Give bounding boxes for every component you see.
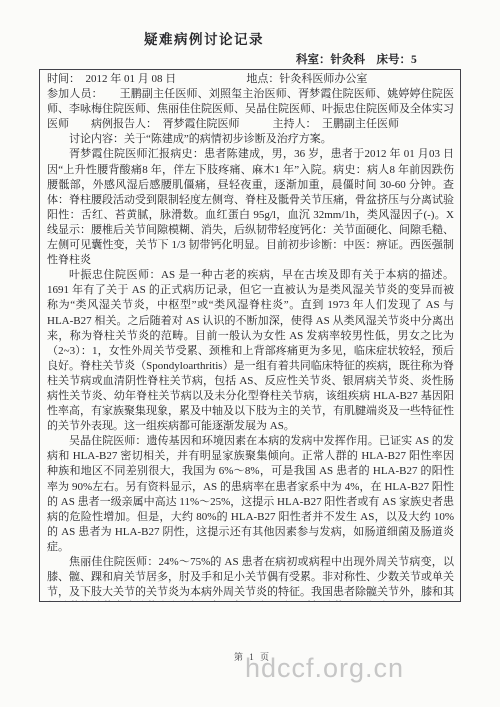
page-title: 疑难病例讨论记录 [144,28,264,48]
document-page: 疑难病例讨论记录 科室：针灸科 床号：5 时间： 2012 年 01 月 08 … [0,0,500,707]
watermark: hdccf.org.cn [245,653,404,684]
record-table: 时间： 2012 年 01 月 08 日 地点：针灸科医师办公室 参加人员： 王… [39,69,461,602]
place-field: 地点：针灸科医师办公室 [246,72,454,87]
discussion-topic-line: 讨论内容：关于“陈建成”的病情初步诊断及治疗方案。 [47,132,454,147]
time-field: 时间： 2012 年 01 月 08 日 [47,72,246,87]
dept-bed-line: 科室：针灸科 床号：5 [296,51,417,67]
speech-jiao-lijia-paragraph: 焦丽佳住院医师：24%～75%的 AS 患者在病初或病程中出现外周关节病变，以膝… [47,555,454,602]
speech-ye-zhenzhong-paragraph: 叶振忠住院医师：AS 是一种古老的疾病，早在古埃及即有关于本病的描述。1691 … [47,268,454,434]
history-report-paragraph: 胥梦霞住院医师汇报病史：患者陈建成，男，36 岁，患者于2012 年 01 月0… [47,147,454,268]
time-place-row: 时间： 2012 年 01 月 08 日 地点：针灸科医师办公室 [47,72,454,87]
participants-line: 参加人员： 王鹏副主任医师、刘照玺主治医师、胥梦霞住院医师、姚婷婷住院医师、李咏… [47,87,454,132]
speech-wu-jing-paragraph: 吴晶住院医师：遗传基因和环境因素在本病的发病中发挥作用。已证实 AS 的发病和 … [47,434,454,555]
